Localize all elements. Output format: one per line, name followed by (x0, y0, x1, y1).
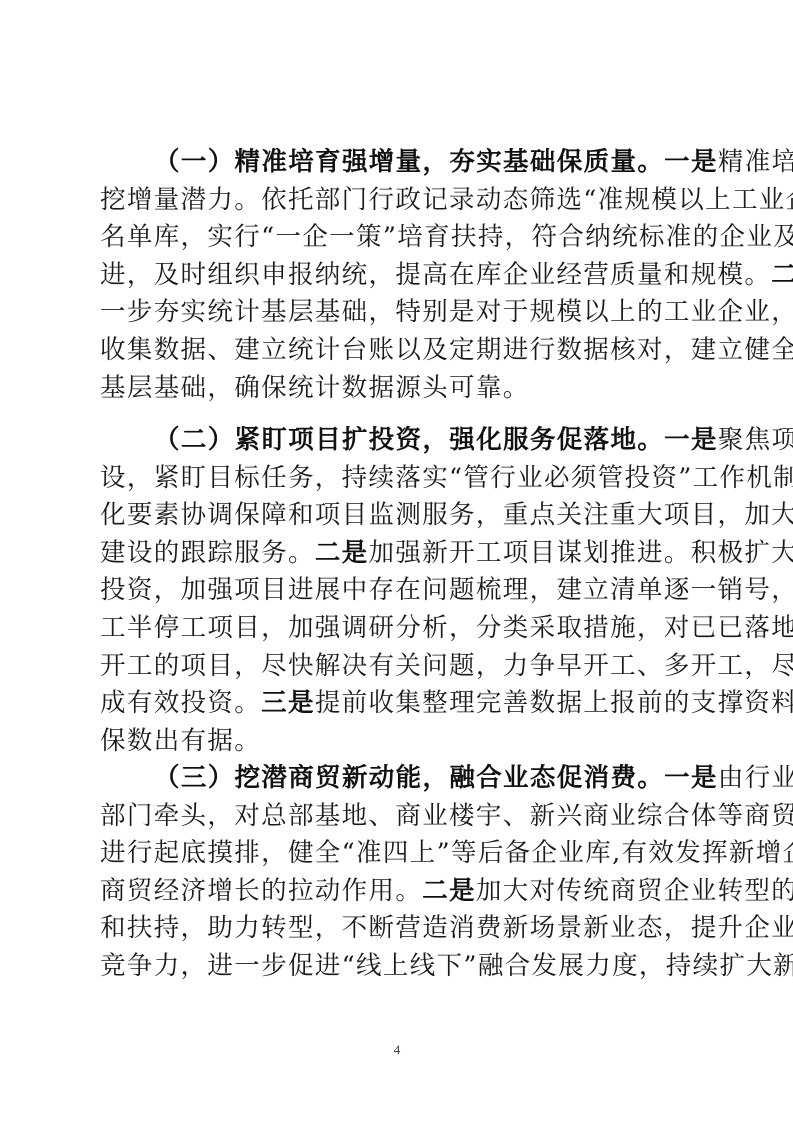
text-line: （一）精准培育强增量，夯实基础保质量。一是精准培育深 (100, 144, 694, 182)
text-line: （三）挖潜商贸新动能，融合业态促消费。一是由行业主管 (100, 760, 694, 798)
bold-text: （二）紧盯项目扩投资，强化服务促落地。一是 (154, 425, 718, 455)
body-text: 进，及时组织申报纳统，提高在库企业经营质量和规模。 (100, 260, 771, 290)
page-number: 4 (390, 1042, 404, 1058)
body-text: 名单库，实行“一企一策”培育扶持，符合纳统标准的企业及时跟 (100, 222, 793, 252)
text-line: 开工的项目，尽快解决有关问题，力争早开工、多开工，尽快形 (100, 648, 694, 686)
body-text: 化要素协调保障和项目监测服务，重点关注重大项目，加大项目 (100, 500, 793, 530)
body-text: 开工的项目，尽快解决有关问题，力争早开工、多开工，尽快形 (100, 651, 793, 681)
text-line: 一步夯实统计基层基础，特别是对于规模以上的工业企业，统一 (100, 294, 694, 332)
text-line: 部门牵头，对总部基地、商业楼宇、新兴商业综合体等商贸企业 (100, 798, 694, 836)
body-text: 商贸经济增长的拉动作用。 (100, 876, 422, 906)
document-page: （一）精准培育强增量，夯实基础保质量。一是精准培育深挖增量潜力。依托部门行政记录… (0, 0, 793, 1122)
paragraph-section-3: （三）挖潜商贸新动能，融合业态促消费。一是由行业主管部门牵头，对总部基地、商业楼… (100, 760, 694, 986)
text-line: 收集数据、建立统计台账以及定期进行数据核对，建立健全统计 (100, 332, 694, 370)
body-text: 保数出有据。 (100, 726, 261, 756)
text-line: 工半停工项目，加强调研分析，分类采取措施，对已已落地尚未 (100, 610, 694, 648)
bold-text: （一）精准培育强增量，夯实基础保质量。一是 (154, 147, 718, 177)
paragraph-section-2: （二）紧盯项目扩投资，强化服务促落地。一是聚焦项目建设，紧盯目标任务，持续落实“… (100, 422, 694, 760)
body-text: 设，紧盯目标任务，持续落实“管行业必须管投资”工作机制，强 (100, 463, 793, 493)
body-text: 由行业主管 (718, 763, 793, 793)
bold-text: 二是 (771, 260, 793, 290)
text-line: （二）紧盯项目扩投资，强化服务促落地。一是聚焦项目建 (100, 422, 694, 460)
text-line: 基层基础，确保统计数据源头可靠。 (100, 370, 694, 408)
body-text: 聚焦项目建 (718, 425, 793, 455)
text-line: 建设的跟踪服务。二是加强新开工项目谋划推进。积极扩大有效 (100, 535, 694, 573)
bold-text: （三）挖潜商贸新动能，融合业态促消费。一是 (154, 763, 718, 793)
body-text: 成有效投资。 (100, 688, 261, 718)
body-text: 工半停工项目，加强调研分析，分类采取措施，对已已落地尚未 (100, 613, 793, 643)
text-line: 挖增量潜力。依托部门行政记录动态筛选“准规模以上工业企业” (100, 182, 694, 220)
text-line: 进行起底摸排，健全“准四上”等后备企业库,有效发挥新增企业对 (100, 835, 694, 873)
body-text: 提前收集整理完善数据上报前的支撑资料，确 (315, 688, 793, 718)
body-text: 竞争力，进一步促进“线上线下”融合发展力度，持续扩大新零售、 (100, 951, 793, 981)
text-line: 竞争力，进一步促进“线上线下”融合发展力度，持续扩大新零售、 (100, 948, 694, 986)
text-line: 投资，加强项目进展中存在问题梳理，建立清单逐一销号，对停 (100, 572, 694, 610)
text-line: 商贸经济增长的拉动作用。二是加大对传统商贸企业转型的引导 (100, 873, 694, 911)
bold-text: 三是 (261, 688, 315, 718)
body-text: 部门牵头，对总部基地、商业楼宇、新兴商业综合体等商贸企业 (100, 801, 793, 831)
body-text: 基层基础，确保统计数据源头可靠。 (100, 373, 530, 403)
text-line: 保数出有据。 (100, 723, 694, 761)
text-line: 和扶持，助力转型，不断营造消费新场景新业态，提升企业综合 (100, 910, 694, 948)
text-line: 名单库，实行“一企一策”培育扶持，符合纳统标准的企业及时跟 (100, 219, 694, 257)
bold-text: 二是 (422, 876, 476, 906)
text-line: 化要素协调保障和项目监测服务，重点关注重大项目，加大项目 (100, 497, 694, 535)
body-text: 一步夯实统计基层基础，特别是对于规模以上的工业企业，统一 (100, 297, 793, 327)
text-line: 设，紧盯目标任务，持续落实“管行业必须管投资”工作机制，强 (100, 460, 694, 498)
body-text: 投资，加强项目进展中存在问题梳理，建立清单逐一销号，对停 (100, 575, 793, 605)
body-text: 加强新开工项目谋划推进。积极扩大有效 (369, 538, 793, 568)
body-text: 进行起底摸排，健全“准四上”等后备企业库,有效发挥新增企业对 (100, 838, 793, 868)
body-text: 挖增量潜力。依托部门行政记录动态筛选“准规模以上工业企业” (100, 185, 793, 215)
body-text: 和扶持，助力转型，不断营造消费新场景新业态，提升企业综合 (100, 913, 793, 943)
body-text: 精准培育深 (718, 147, 793, 177)
bold-text: 二是 (315, 538, 369, 568)
body-text: 建设的跟踪服务。 (100, 538, 315, 568)
paragraph-section-1: （一）精准培育强增量，夯实基础保质量。一是精准培育深挖增量潜力。依托部门行政记录… (100, 144, 694, 407)
body-text: 收集数据、建立统计台账以及定期进行数据核对，建立健全统计 (100, 335, 793, 365)
body-text: 加大对传统商贸企业转型的引导 (476, 876, 793, 906)
text-line: 进，及时组织申报纳统，提高在库企业经营质量和规模。二是进 (100, 257, 694, 295)
text-line: 成有效投资。三是提前收集整理完善数据上报前的支撑资料，确 (100, 685, 694, 723)
